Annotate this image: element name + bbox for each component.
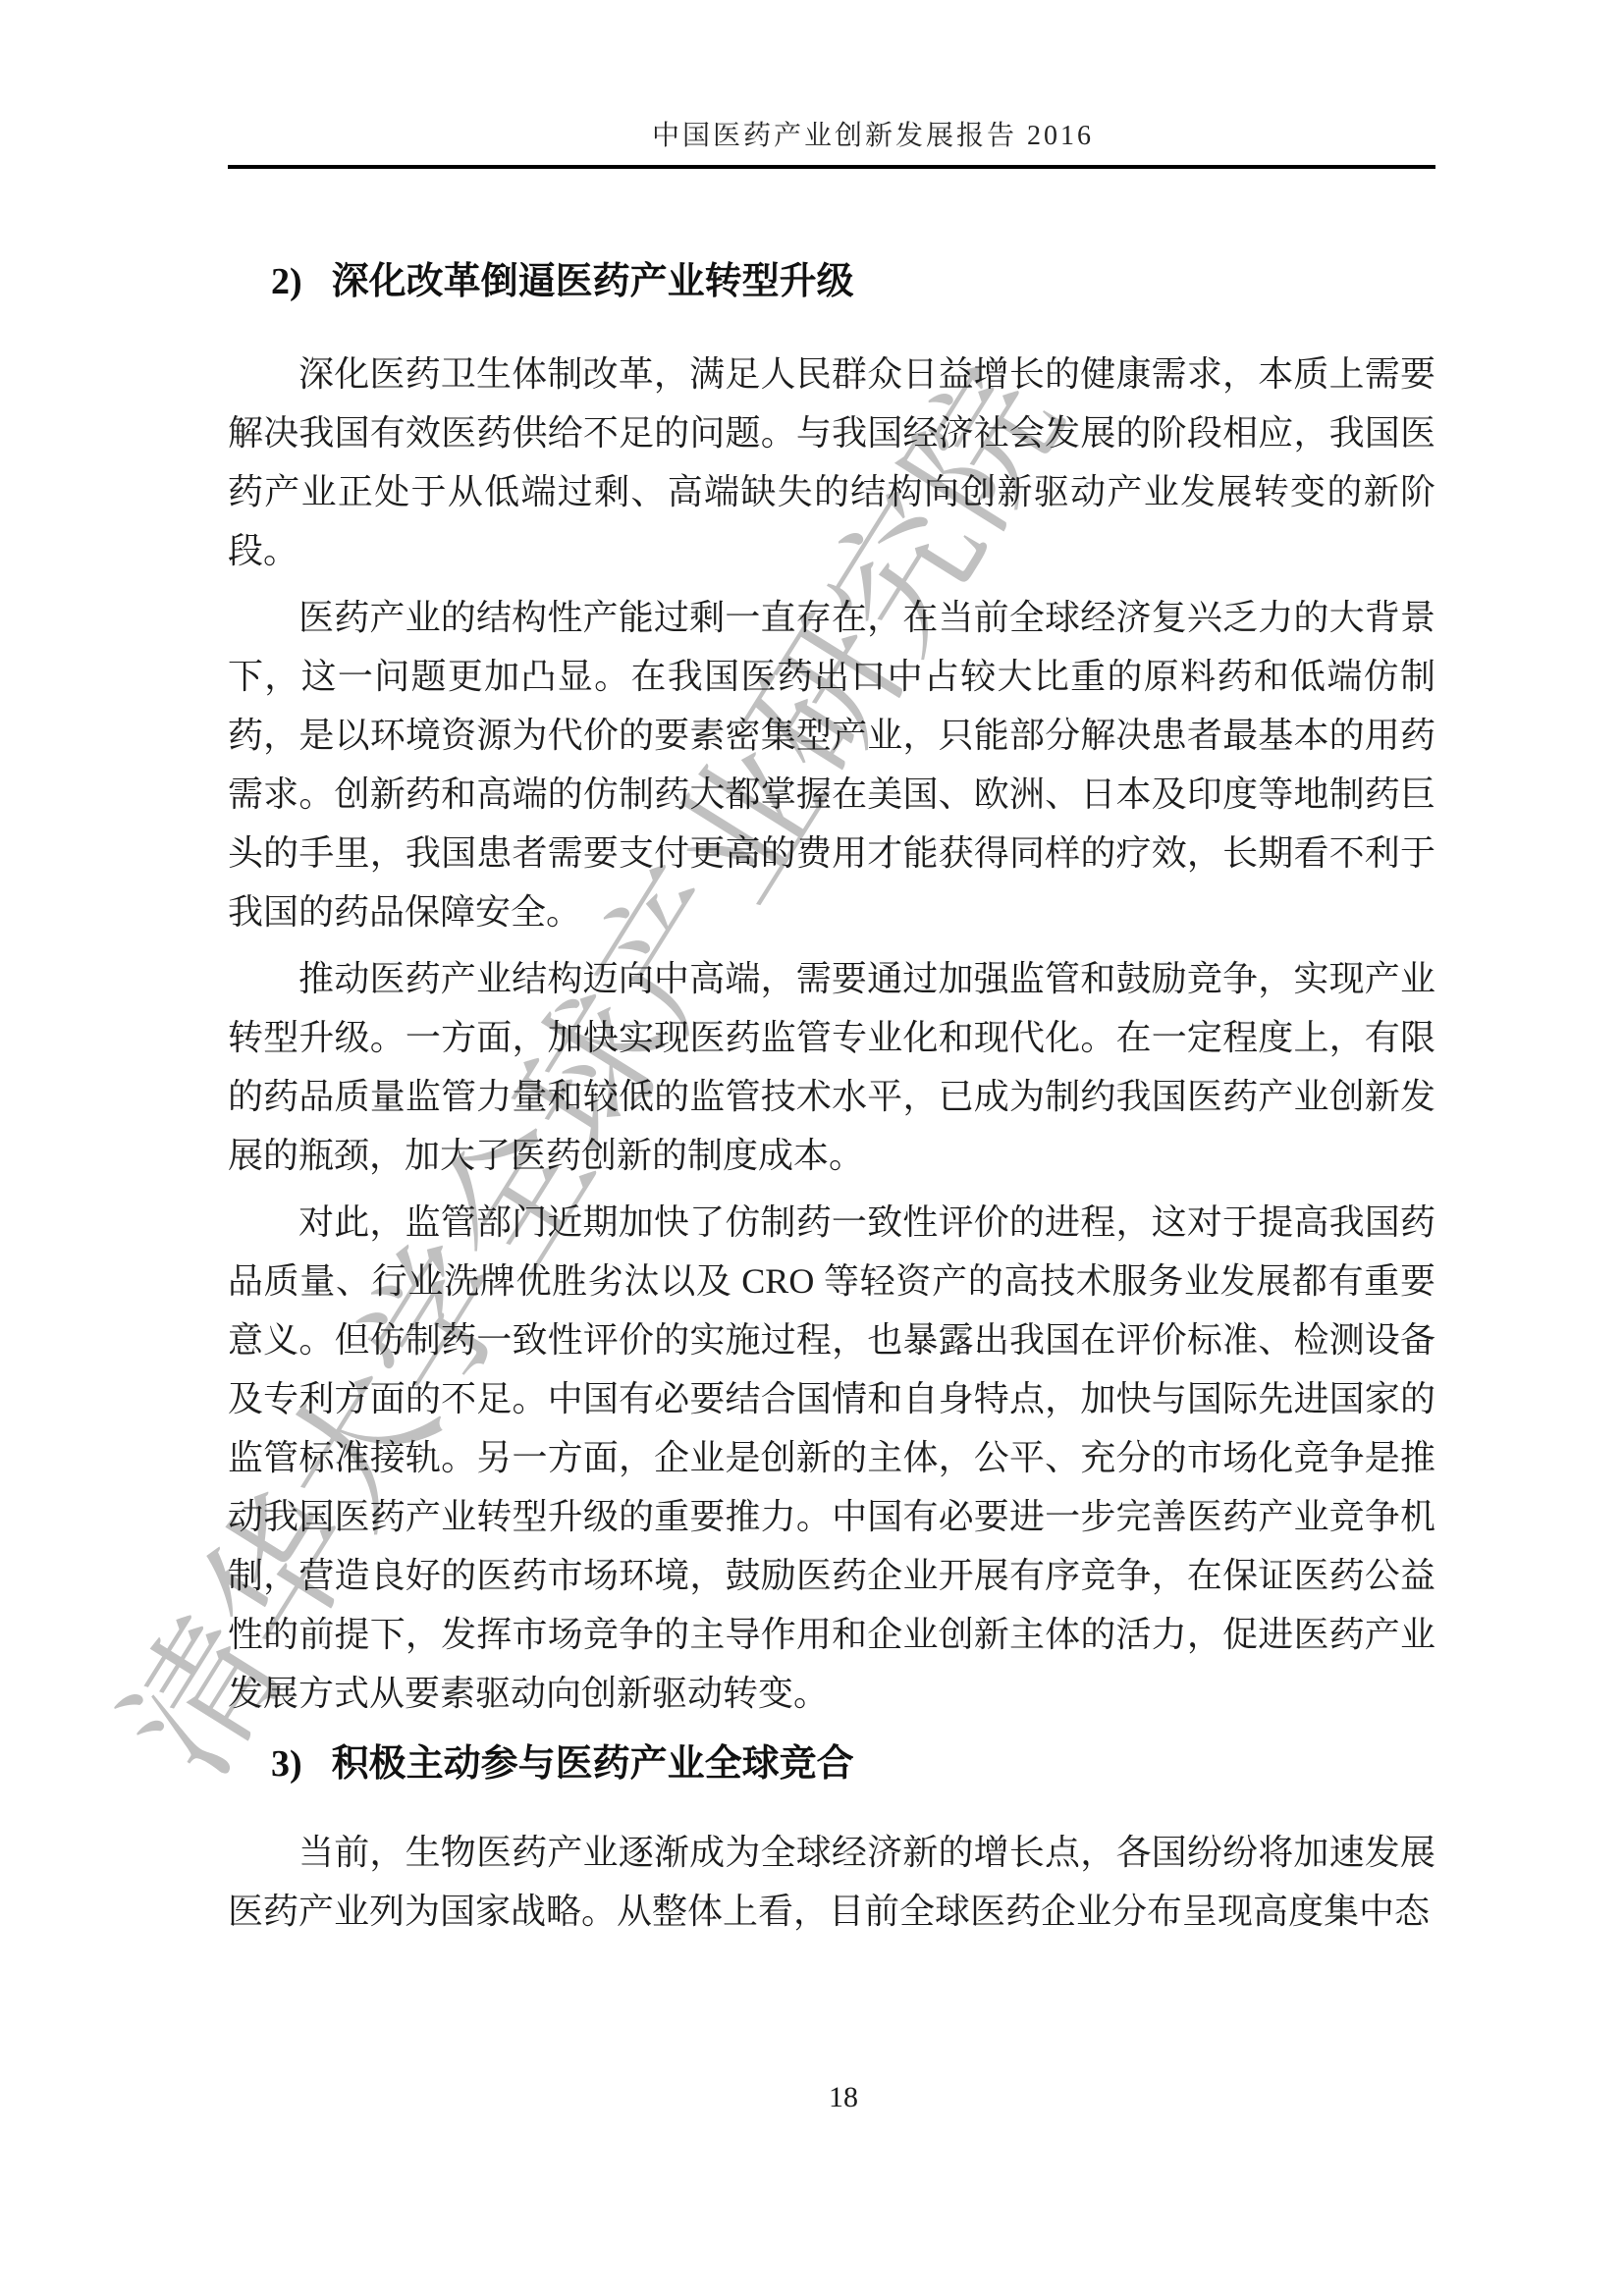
section-heading-3: 3)积极主动参与医药产业全球竞合 [228, 1740, 1435, 1788]
paragraph: 医药产业的结构性产能过剩一直存在，在当前全球经济复兴乏力的大背景下，这一问题更加… [228, 588, 1435, 941]
page-number: 18 [240, 2081, 1447, 2114]
section-number: 2) [271, 258, 302, 305]
section-title: 积极主动参与医药产业全球竞合 [332, 1743, 854, 1785]
section-title: 深化改革倒逼医药产业转型升级 [332, 261, 854, 302]
running-header-title: 中国医药产业创新发展报告 2016 [269, 114, 1477, 153]
paragraph: 深化医药卫生体制改革，满足人民群众日益增长的健康需求，本质上需要解决我国有效医药… [228, 345, 1435, 580]
section-number: 3) [271, 1740, 302, 1788]
header-divider-rule [228, 165, 1435, 169]
paragraph: 推动医药产业结构迈向中高端，需要通过加强监管和鼓励竞争，实现产业转型升级。一方面… [228, 949, 1435, 1185]
paragraph: 当前，生物医药产业逐渐成为全球经济新的增长点，各国纷纷将加速发展医药产业列为国家… [228, 1823, 1435, 1941]
section-heading-2: 2)深化改革倒逼医药产业转型升级 [228, 258, 1435, 305]
paragraph: 对此，监管部门近期加快了仿制药一致性评价的进程，这对于提高我国药品质量、行业洗牌… [228, 1193, 1435, 1723]
document-body: 2)深化改革倒逼医药产业转型升级 深化医药卫生体制改革，满足人民群众日益增长的健… [228, 250, 1435, 1949]
